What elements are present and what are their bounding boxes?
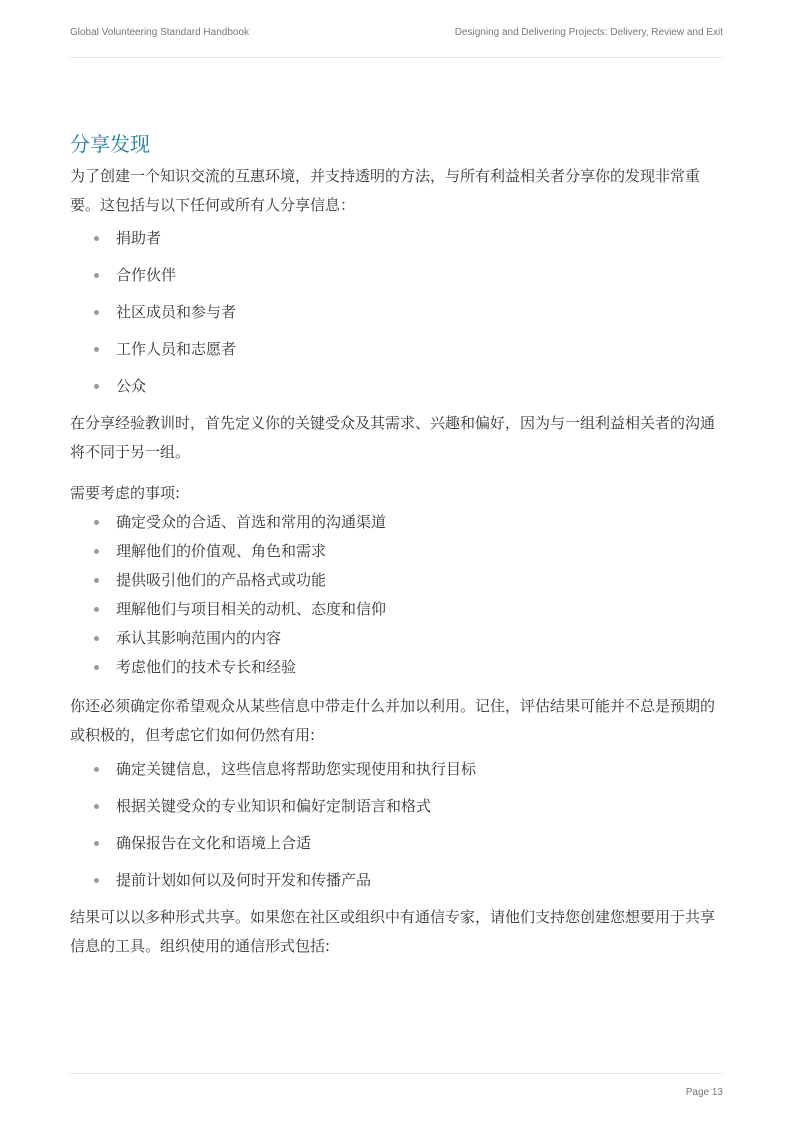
considerations-list: 确定受众的合适、首选和常用的沟通渠道 理解他们的价值观、角色和需求 提供吸引他们… [70, 508, 724, 682]
bullet-icon [94, 767, 99, 772]
intro-paragraph: 为了创建一个知识交流的互惠环境，并支持透明的方法，与所有利益相关者分享你的发现非… [70, 162, 724, 220]
stakeholder-list: 捐助者 合作伙伴 社区成员和参与者 工作人员和志愿者 公众 [70, 220, 724, 405]
header-divider [70, 57, 723, 58]
bullet-icon [94, 636, 99, 641]
list-item: 社区成员和参与者 [70, 294, 724, 331]
list-item: 确定受众的合适、首选和常用的沟通渠道 [70, 508, 724, 537]
bullet-icon [94, 665, 99, 670]
bullet-icon [94, 520, 99, 525]
list-item: 确定关键信息，这些信息将帮助您实现使用和执行目标 [70, 751, 724, 788]
list-item: 确保报告在文化和语境上合适 [70, 825, 724, 862]
bullet-icon [94, 273, 99, 278]
bullet-icon [94, 607, 99, 612]
bullet-icon [94, 347, 99, 352]
bullet-icon [94, 878, 99, 883]
handbook-title: Global Volunteering Standard Handbook [70, 27, 249, 38]
list-item: 承认其影响范围内的内容 [70, 624, 724, 653]
list-item: 考虑他们的技术专长和经验 [70, 653, 724, 682]
chapter-title: Designing and Delivering Projects: Deliv… [455, 27, 723, 38]
list-item: 理解他们与项目相关的动机、态度和信仰 [70, 595, 724, 624]
footer-divider [70, 1073, 723, 1074]
list-item: 公众 [70, 368, 724, 405]
section-heading: 分享发现 [70, 130, 724, 158]
lessons-paragraph: 在分享经验教训时，首先定义你的关键受众及其需求、兴趣和偏好，因为与一组利益相关者… [70, 409, 724, 467]
list-item: 理解他们的价值观、角色和需求 [70, 537, 724, 566]
takeaway-paragraph: 你还必须确定你希望观众从某些信息中带走什么并加以利用。记住，评估结果可能并不总是… [70, 692, 724, 750]
formats-paragraph: 结果可以以多种形式共享。如果您在社区或组织中有通信专家，请他们支持您创建您想要用… [70, 903, 724, 961]
list-item: 提前计划如何以及何时开发和传播产品 [70, 862, 724, 899]
page-content: 分享发现 为了创建一个知识交流的互惠环境，并支持透明的方法，与所有利益相关者分享… [70, 130, 724, 961]
list-item: 工作人员和志愿者 [70, 331, 724, 368]
list-item: 合作伙伴 [70, 257, 724, 294]
bullet-icon [94, 841, 99, 846]
page-header: Global Volunteering Standard Handbook De… [70, 27, 723, 43]
list-item: 根据关键受众的专业知识和偏好定制语言和格式 [70, 788, 724, 825]
page-number: Page 13 [686, 1087, 723, 1098]
list-item: 提供吸引他们的产品格式或功能 [70, 566, 724, 595]
bullet-icon [94, 578, 99, 583]
bullet-icon [94, 236, 99, 241]
bullet-icon [94, 549, 99, 554]
actions-list: 确定关键信息，这些信息将帮助您实现使用和执行目标 根据关键受众的专业知识和偏好定… [70, 751, 724, 899]
considerations-label: 需要考虑的事项: [70, 479, 724, 508]
bullet-icon [94, 310, 99, 315]
bullet-icon [94, 804, 99, 809]
bullet-icon [94, 384, 99, 389]
list-item: 捐助者 [70, 220, 724, 257]
